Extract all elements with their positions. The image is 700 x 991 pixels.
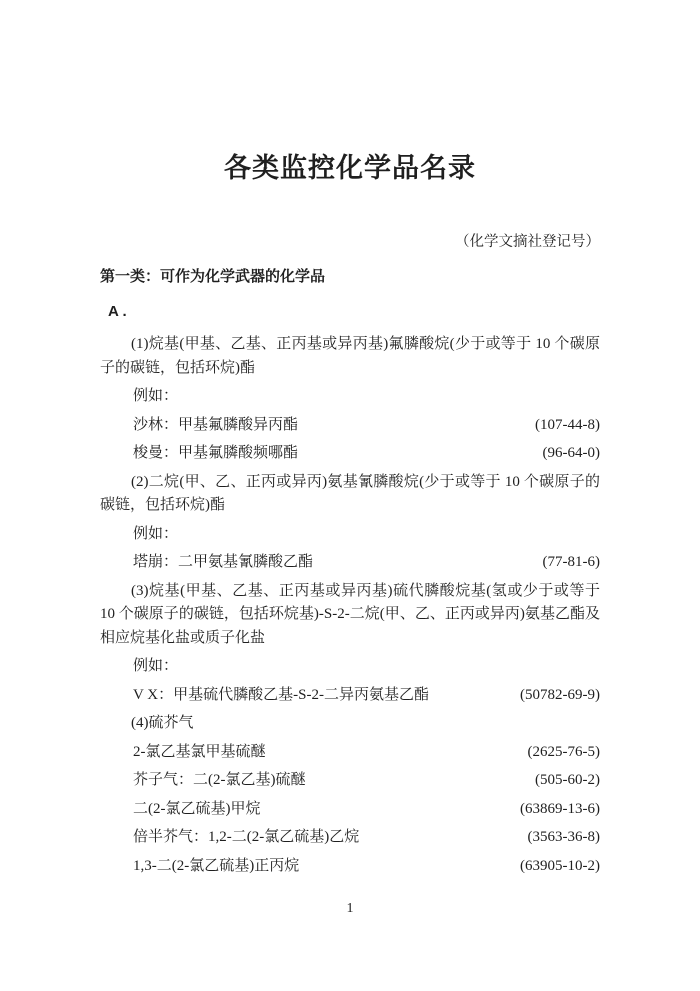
page-number: 1	[0, 899, 700, 918]
chemical-row: V X：甲基硫代膦酸乙基-S-2-二异丙氨基乙酯 (50782-69-9)	[100, 684, 600, 708]
chemical-row: 二(2-氯乙硫基)甲烷 (63869-13-6)	[100, 798, 600, 822]
chemical-row: 2-氯乙基氯甲基硫醚 (2625-76-5)	[100, 741, 600, 765]
cas-number: (50782-69-9)	[520, 684, 600, 708]
subsection-a-label: A .	[100, 302, 600, 321]
chemical-name: 沙林：甲基氟膦酸异丙酯	[133, 414, 298, 438]
example-label: 例如：	[100, 655, 600, 679]
chemical-row: 1,3-二(2-氯乙硫基)正丙烷 (63905-10-2)	[100, 855, 600, 879]
chemical-row: 沙林：甲基氟膦酸异丙酯 (107-44-8)	[100, 414, 600, 438]
cas-number: (77-81-6)	[543, 551, 600, 575]
chemical-name: 1,3-二(2-氯乙硫基)正丙烷	[133, 855, 299, 879]
cas-registry-note: （化学文摘社登记号）	[100, 233, 600, 252]
chemical-name: 2-氯乙基氯甲基硫醚	[133, 741, 266, 765]
cas-number: (3563-36-8)	[528, 826, 600, 850]
section-heading: 第一类：可作为化学武器的化学品	[100, 267, 600, 286]
cas-number: (63869-13-6)	[520, 798, 600, 822]
chemical-row: 芥子气：二(2-氯乙基)硫醚 (505-60-2)	[100, 769, 600, 793]
page-title: 各类监控化学品名录	[100, 150, 600, 186]
chemical-name: 倍半芥气：1,2-二(2-氯乙硫基)乙烷	[133, 826, 359, 850]
chemical-name: V X：甲基硫代膦酸乙基-S-2-二异丙氨基乙酯	[133, 684, 429, 708]
chemical-name: 梭曼：甲基氟膦酸频哪酯	[133, 442, 298, 466]
cas-number: (505-60-2)	[535, 769, 600, 793]
chemical-list: (1)烷基(甲基、乙基、正丙基或异丙基)氟膦酸烷(少于或等于 10 个碳原子的碳…	[100, 333, 600, 878]
document-page: 各类监控化学品名录 （化学文摘社登记号） 第一类：可作为化学武器的化学品 A .…	[0, 0, 700, 991]
chemical-name: 塔崩：二甲氨基氰膦酸乙酯	[133, 551, 313, 575]
family-3-definition: (3)烷基(甲基、乙基、正丙基或异丙基)硫代膦酸烷基(氢或少于或等于 10 个碳…	[100, 580, 600, 651]
family-1-definition: (1)烷基(甲基、乙基、正丙基或异丙基)氟膦酸烷(少于或等于 10 个碳原子的碳…	[100, 333, 600, 380]
cas-number: (63905-10-2)	[520, 855, 600, 879]
cas-number: (107-44-8)	[535, 414, 600, 438]
chemical-name: 二(2-氯乙硫基)甲烷	[133, 798, 261, 822]
cas-number: (96-64-0)	[543, 442, 600, 466]
family-2-definition: (2)二烷(甲、乙、正丙或异丙)氨基氰膦酸烷(少于或等于 10 个碳原子的碳链，…	[100, 471, 600, 518]
family-4-definition: (4)硫芥气	[100, 712, 600, 736]
chemical-row: 塔崩：二甲氨基氰膦酸乙酯 (77-81-6)	[100, 551, 600, 575]
example-label: 例如：	[100, 385, 600, 409]
chemical-row: 倍半芥气：1,2-二(2-氯乙硫基)乙烷 (3563-36-8)	[100, 826, 600, 850]
chemical-name: 芥子气：二(2-氯乙基)硫醚	[133, 769, 306, 793]
cas-number: (2625-76-5)	[528, 741, 600, 765]
example-label: 例如：	[100, 523, 600, 547]
chemical-row: 梭曼：甲基氟膦酸频哪酯 (96-64-0)	[100, 442, 600, 466]
